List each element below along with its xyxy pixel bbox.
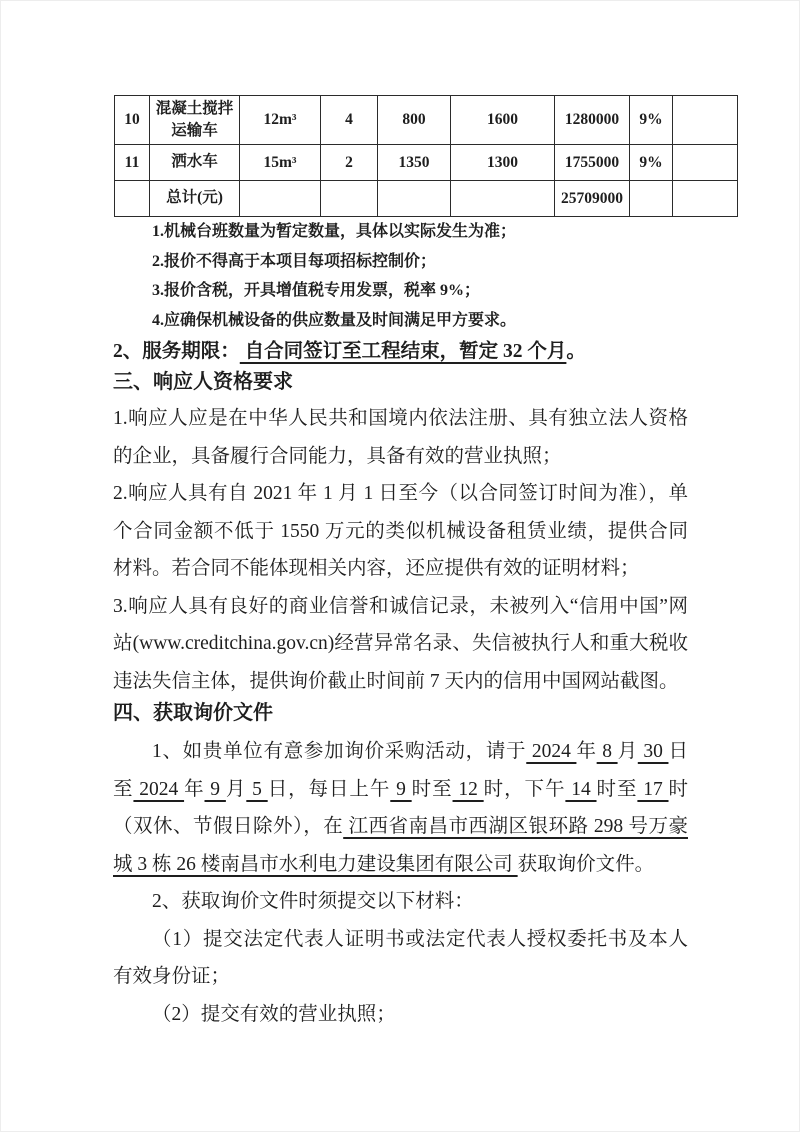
document-page: 10 混凝土搅拌 运输车 12m³ 4 800 1600 1280000 9% … [0,0,800,1132]
table-cell-price [451,181,555,217]
table-cell-taxrate: 9% [630,96,673,145]
service-period-value: 自合同签订至工程结束，暂定 32 个月 [240,341,567,362]
table-cell-qty: 2 [321,145,378,181]
table-cell-remark [673,96,738,145]
blank-day-start: 30 [638,741,669,762]
table-cell-taxrate: 9% [630,145,673,181]
table-cell-spec: 15m³ [240,145,321,181]
note-line-3: 3.报价含税，开具增值税专用发票，税率 9%； [152,276,712,306]
table-cell-seq [115,181,150,217]
table-cell-price: 1600 [451,96,555,145]
blank-month-start: 8 [597,741,618,762]
table-cell-remark [673,181,738,217]
material-item-1: （1）提交法定代表人证明书或法定代表人授权委托书及本人有效身份证； [113,921,688,996]
blank-am-start-hour: 9 [390,779,411,800]
table-cell-taxrate [630,181,673,217]
table-cell-amount: 1755000 [555,145,630,181]
section4-body: 1、如贵单位有意参加询价采购活动，请于 2024 年 8 月 30 日至 202… [113,733,688,1033]
table-cell-amount: 1280000 [555,96,630,145]
blank-day-end: 5 [246,779,267,800]
table-notes: 1.机械台班数量为暂定数量，具体以实际发生为准； 2.报价不得高于本项目每项招标… [152,217,712,335]
section4-heading: 四、获取询价文件 [113,700,688,726]
text-segment: 日，每日上午 [268,779,391,800]
text-segment: 年 [184,779,204,800]
table-cell-total-label: 总计(元) [150,181,240,217]
text-segment: 获取询价文件。 [518,854,655,875]
blank-am-end-hour: 12 [453,779,484,800]
table-cell-name: 洒水车 [150,145,240,181]
table-cell-shifts [378,181,451,217]
blank-pm-end-hour: 17 [637,779,668,800]
blank-month-end: 9 [205,779,226,800]
table-cell-qty [321,181,378,217]
text-segment: 时至 [597,779,638,800]
table-cell-name: 混凝土搅拌 运输车 [150,96,240,145]
service-period-suffix: 。 [566,341,586,362]
table-cell-qty: 4 [321,96,378,145]
section3-body: 1.响应人应是在中华人民共和国境内依法注册、具有独立法人资格的企业，具备履行合同… [113,400,688,700]
table-row: 10 混凝土搅拌 运输车 12m³ 4 800 1600 1280000 9% [115,96,738,145]
text-segment: 时至 [412,779,453,800]
blank-year-end: 2024 [133,779,184,800]
note-line-4: 4.应确保机械设备的供应数量及时间满足甲方要求。 [152,306,712,336]
text-segment: 月 [226,779,246,800]
blank-pm-start-hour: 14 [565,779,596,800]
text-segment: 时，下午 [484,779,566,800]
table-cell-spec [240,181,321,217]
service-period-line: 2、服务期限： 自合同签订至工程结束，暂定 32 个月。 [113,339,713,365]
text-segment: 1、如贵单位有意参加询价采购活动，请于 [152,741,526,762]
table-total-row: 总计(元) 25709000 [115,181,738,217]
text-segment: 月 [618,741,638,762]
table-cell-remark [673,145,738,181]
materials-intro-paragraph: 2、获取询价文件时须提交以下材料： [113,883,688,921]
note-line-2: 2.报价不得高于本项目每项招标控制价； [152,247,712,277]
table-cell-total-amount: 25709000 [555,181,630,217]
section3-paragraph-2: 2.响应人具有自 2021 年 1 月 1 日至今（以合同签订时间为准），单个合… [113,475,688,588]
quotation-items-table: 10 混凝土搅拌 运输车 12m³ 4 800 1600 1280000 9% … [114,95,738,217]
obtain-document-paragraph: 1、如贵单位有意参加询价采购活动，请于 2024 年 8 月 30 日至 202… [113,733,688,883]
note-line-1: 1.机械台班数量为暂定数量，具体以实际发生为准； [152,217,712,247]
section3-paragraph-1: 1.响应人应是在中华人民共和国境内依法注册、具有独立法人资格的企业，具备履行合同… [113,400,688,475]
table-cell-shifts: 800 [378,96,451,145]
table-cell-price: 1300 [451,145,555,181]
table-cell-seq: 11 [115,145,150,181]
service-period-label: 2、服务期限： [113,341,240,362]
table-cell-spec: 12m³ [240,96,321,145]
quotation-table-wrap: 10 混凝土搅拌 运输车 12m³ 4 800 1600 1280000 9% … [114,95,738,217]
blank-year-start: 2024 [526,741,576,762]
table-cell-shifts: 1350 [378,145,451,181]
text-segment: 年 [576,741,596,762]
table-row: 11 洒水车 15m³ 2 1350 1300 1755000 9% [115,145,738,181]
material-item-2: （2）提交有效的营业执照； [113,996,688,1034]
table-cell-seq: 10 [115,96,150,145]
section3-paragraph-3: 3.响应人具有良好的商业信誉和诚信记录，未被列入“信用中国”网站(www.cre… [113,588,688,701]
section3-heading: 三、响应人资格要求 [113,369,688,395]
